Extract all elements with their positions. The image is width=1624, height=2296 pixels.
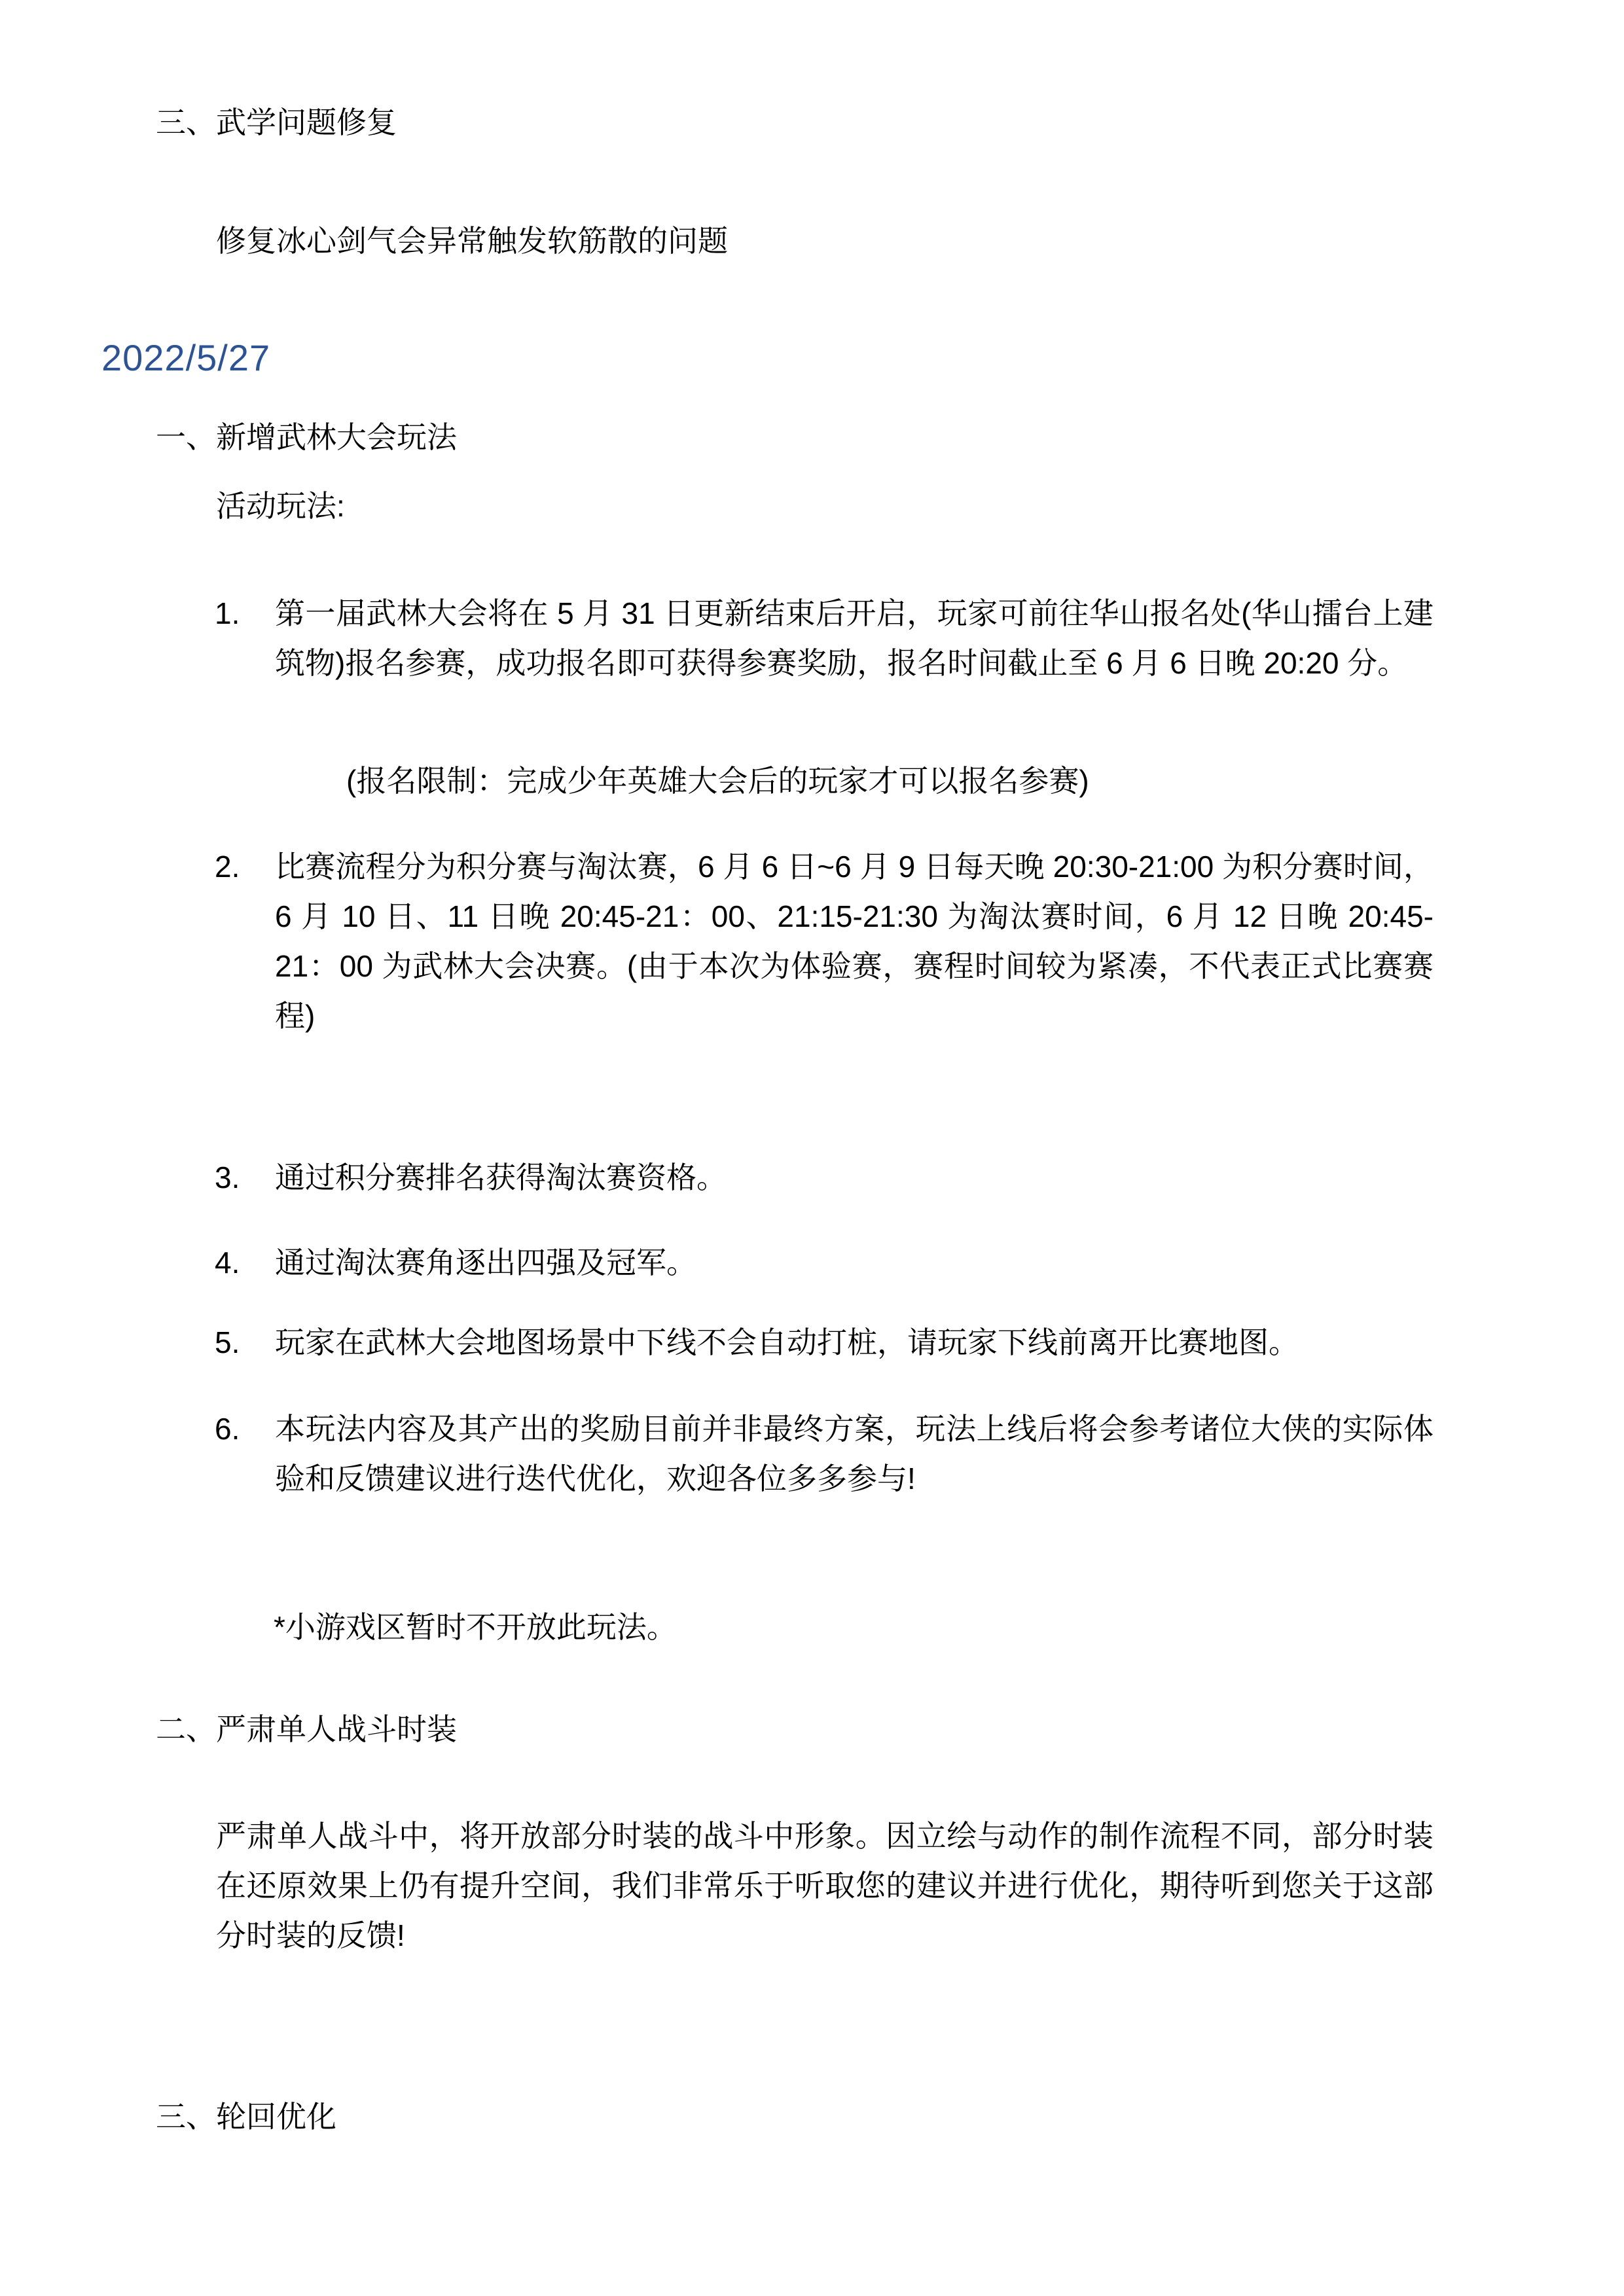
list-item-text: 通过淘汰赛角逐出四强及冠军。 bbox=[275, 1238, 1434, 1287]
list-item: 2. 比赛流程分为积分赛与淘汰赛，6 月 6 日~6 月 9 日每天晚 20:3… bbox=[215, 842, 1434, 1041]
section-heading-costume: 二、严肃单人战斗时装 bbox=[156, 1704, 457, 1754]
paragraph-martial-fix: 修复冰心剑气会异常触发软筋散的问题 bbox=[216, 216, 1434, 266]
list-item-number: 3. bbox=[215, 1153, 275, 1202]
list-item-text: 通过积分赛排名获得淘汰赛资格。 bbox=[275, 1153, 1434, 1202]
paragraph-activity-intro: 活动玩法: bbox=[216, 481, 1434, 531]
list-item-text: 本玩法内容及其产出的奖励目前并非最终方案，玩法上线后将会参考诸位大侠的实际体验和… bbox=[275, 1404, 1434, 1503]
section-heading-martial-fix: 三、武学问题修复 bbox=[156, 98, 397, 147]
registration-note: (报名限制：完成少年英雄大会后的玩家才可以报名参赛) bbox=[346, 756, 1089, 806]
document-page: 三、武学问题修复 修复冰心剑气会异常触发软筋散的问题 2022/5/27 一、新… bbox=[0, 0, 1624, 2296]
list-item: 3. 通过积分赛排名获得淘汰赛资格。 bbox=[215, 1153, 1434, 1202]
list-item-number: 4. bbox=[215, 1238, 275, 1287]
list-item-number: 6. bbox=[215, 1404, 275, 1503]
paragraph-costume: 严肃单人战斗中，将开放部分时装的战斗中形象。因立绘与动作的制作流程不同，部分时装… bbox=[216, 1811, 1434, 1960]
list-item-number: 5. bbox=[215, 1318, 275, 1367]
list-item-text: 比赛流程分为积分赛与淘汰赛，6 月 6 日~6 月 9 日每天晚 20:30-2… bbox=[275, 842, 1434, 1041]
list-item: 1. 第一届武林大会将在 5 月 31 日更新结束后开启，玩家可前往华山报名处(… bbox=[215, 588, 1434, 688]
list-item: 5. 玩家在武林大会地图场景中下线不会自动打桩，请玩家下线前离开比赛地图。 bbox=[215, 1318, 1434, 1367]
list-item-number: 1. bbox=[215, 588, 275, 688]
section-heading-wulin: 一、新增武林大会玩法 bbox=[156, 412, 457, 462]
list-item-text: 玩家在武林大会地图场景中下线不会自动打桩，请玩家下线前离开比赛地图。 bbox=[275, 1318, 1434, 1367]
minigame-footnote: *小游戏区暂时不开放此玩法。 bbox=[274, 1602, 677, 1652]
list-item-number: 2. bbox=[215, 842, 275, 1041]
date-heading: 2022/5/27 bbox=[101, 329, 270, 387]
list-item: 4. 通过淘汰赛角逐出四强及冠军。 bbox=[215, 1238, 1434, 1287]
section-heading-reincarnation: 三、轮回优化 bbox=[156, 2092, 336, 2142]
list-item: 6. 本玩法内容及其产出的奖励目前并非最终方案，玩法上线后将会参考诸位大侠的实际… bbox=[215, 1404, 1434, 1503]
list-item-text: 第一届武林大会将在 5 月 31 日更新结束后开启，玩家可前往华山报名处(华山擂… bbox=[275, 588, 1434, 688]
